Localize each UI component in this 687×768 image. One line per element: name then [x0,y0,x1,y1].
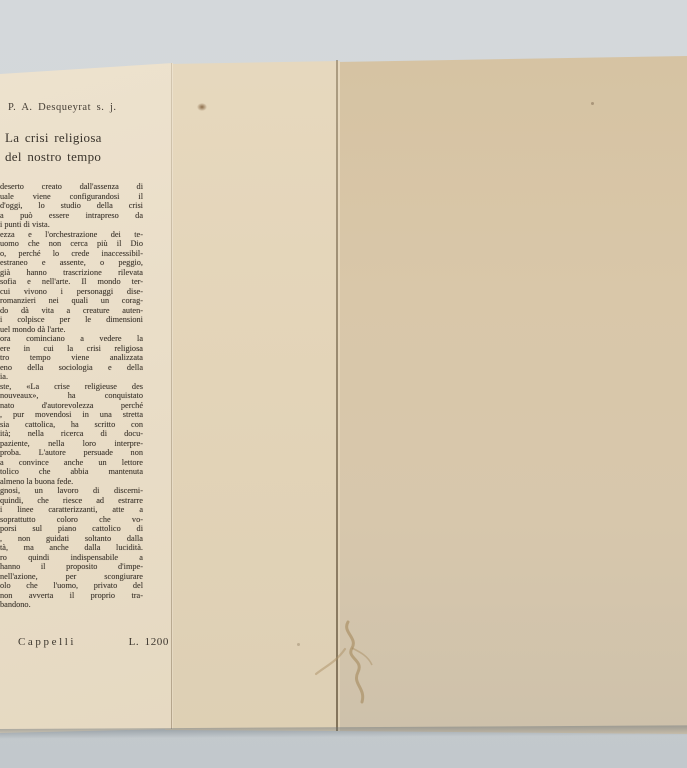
flap-body-line: romanzieri nei quali un corag- [0,296,143,306]
flap-body-line: non avverta il proprio tra- [0,591,143,601]
flap-body-line: tro tempo viene analizzata [0,353,143,363]
flap-body-line: sofia e nell'arte. Il mondo ter- [0,277,143,287]
flap-body-line: porsi sul piano cattolico di [0,524,143,534]
flap-body-line: a convince anche un lettore [0,458,143,468]
flap-body-line: sia cattolica, ha scritto con [0,420,143,430]
flap-body-line: ezza e l'orchestrazione dei te- [0,230,143,240]
title-line-2: del nostro tempo [5,148,102,167]
flap-body-line: i punti di vista. [0,220,143,230]
flap-body-line: ia. [0,372,143,382]
flap-body-line: già hanno trascrizione rilevata [0,268,143,278]
flap-body-line: uomo che non cerca più il Dio [0,239,143,249]
flap-body-line: d'oggi, lo studio della crisi [0,201,143,211]
flap-body-line: ste, «La crise religieuse des [0,382,143,392]
flap-body-line: eno della sociologia e della [0,363,143,373]
flap-body-line: hanno il proposito d'impe- [0,562,143,572]
flap-body-line: do dà vita a creature auten- [0,306,143,316]
flap-body-line: ità; nella ricerca di docu- [0,429,143,439]
flap-body-line: uale viene configurandosi il [0,192,143,202]
flap-body-line: a può essere intrapreso da [0,211,143,221]
flap-body-line: ere in cui la crisi religiosa [0,344,143,354]
flap-body-line: tà, ma anche dalla lucidità. [0,543,143,553]
flap-body-line: olo che l'uomo, privato del [0,581,143,591]
flap-body-line: gnosi, un lavoro di discerni- [0,486,143,496]
imprint-row: Cappelli L. 1200 [18,636,169,648]
flap-body-line: proba. L'autore persuade non [0,448,143,458]
flap-body-line: tolico che abbia mantenuta [0,467,143,477]
flap-body-line: estraneo e assente, o peggio, [0,258,143,268]
flap-body-line: ora cominciano a vedere la [0,334,143,344]
flap-text: P. A. Desqueyrat s. j. La crisi religios… [0,0,173,768]
flap-blurb: deserto creato dall'assenza di uale vien… [0,182,143,610]
flap-body-line: uel mondo dà l'arte. [0,325,143,335]
flap-body-line: i linee caratterizzanti, atte a [0,505,143,515]
flap-body-line: bandono. [0,600,143,610]
foxing-spot [197,103,207,111]
paper-speck [297,643,300,646]
flap-body-line: deserto creato dall'assenza di [0,182,143,192]
paper-speck [591,102,594,105]
paper-stain [302,618,392,713]
title-line-1: La crisi religiosa [5,129,102,148]
price: L. 1200 [129,636,169,648]
flap-body-line: o, perché lo crede inaccessibil- [0,249,143,259]
publisher-name: Cappelli [18,636,76,648]
flap-body-line: paziente, nella loro interpre- [0,439,143,449]
flap-body-line: nato d'autorevolezza perché [0,401,143,411]
book-photo: P. A. Desqueyrat s. j. La crisi religios… [0,0,687,768]
flap-body-line: ro quindi indispensabile a [0,553,143,563]
book-title: La crisi religiosa del nostro tempo [5,129,102,166]
author-name: P. A. Desqueyrat s. j. [8,102,117,113]
flap-body-line: , pur movendosi in una stretta [0,410,143,420]
flap-body-line: , non guidati soltanto dalla [0,534,143,544]
flap-body-line: soprattutto coloro che vo- [0,515,143,525]
flap-body-line: quindi, che riesce ad estrarre [0,496,143,506]
flap-body-line: i colpisce per le dimensioni [0,315,143,325]
flap-body-line: nell'azione, per scongiurare [0,572,143,582]
flap-body-line: cui vivono i personaggi dise- [0,287,143,297]
flap-body-line: almeno la buona fede. [0,477,143,487]
flap-body-line: nouveaux», ha conquistato [0,391,143,401]
